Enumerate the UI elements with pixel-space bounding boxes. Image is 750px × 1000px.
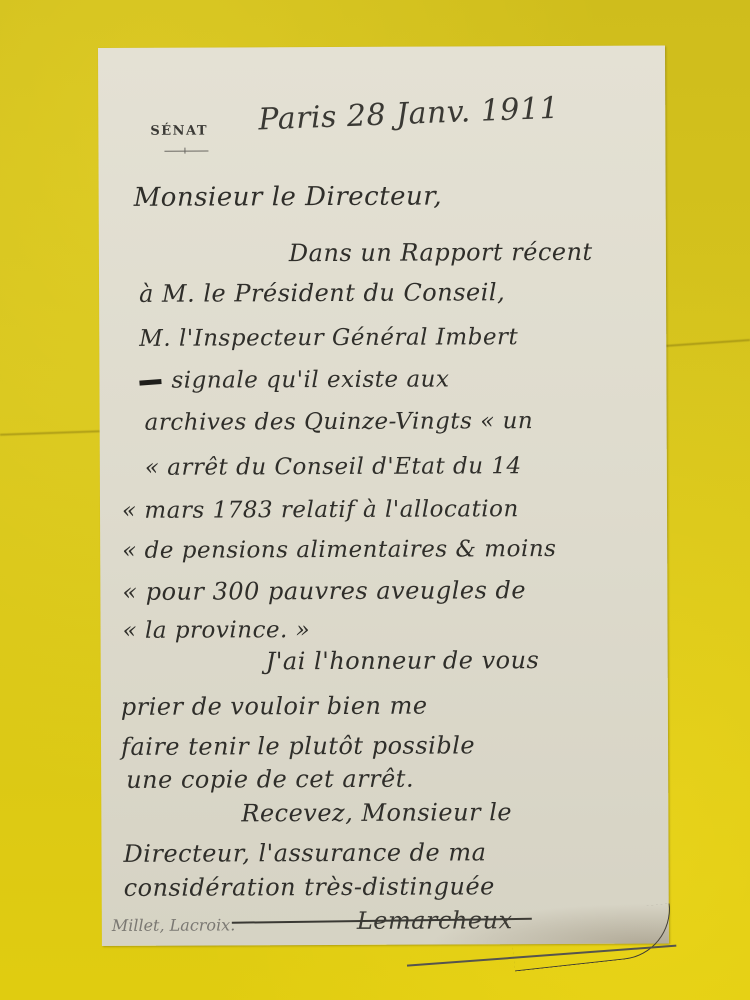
body-line-12: prier de vouloir bien me	[121, 692, 428, 721]
backing-crease-right	[665, 339, 750, 347]
body-line-4-text: signale qu'il existe aux	[171, 366, 449, 393]
closing-line-3: considération très-distinguée	[124, 872, 495, 902]
letter-sheet: SÉNAT Paris 28 Janv. 1911 Monsieur le Di…	[98, 46, 669, 946]
signature-flourish-loop	[510, 903, 676, 971]
body-line-10: « la province. »	[122, 617, 310, 644]
closing-line-2: Directeur, l'assurance de ma	[123, 838, 486, 868]
struck-out-word	[139, 378, 161, 385]
body-line-3: M. l'Inspecteur Général Imbert	[139, 324, 518, 352]
backing-crease-left	[0, 430, 100, 435]
body-line-2: à M. le Président du Conseil,	[139, 278, 505, 308]
body-line-6: « arrêt du Conseil d'Etat du 14	[145, 453, 522, 481]
body-line-7: « mars 1783 relatif à l'allocation	[122, 496, 519, 524]
body-line-4: signale qu'il existe aux	[139, 366, 449, 393]
salutation: Monsieur le Directeur,	[134, 182, 443, 213]
signature: Lemarcheux	[357, 906, 513, 935]
closing-line-1: Recevez, Monsieur le	[241, 798, 512, 827]
body-line-1: Dans un Rapport récent	[289, 238, 593, 267]
pencil-annotation: Millet, Lacroix.	[112, 915, 236, 935]
body-line-11: J'ai l'honneur de vous	[266, 646, 540, 675]
letterhead-senat: SÉNAT	[150, 124, 208, 139]
letterhead-ornament-rule	[164, 151, 208, 152]
body-line-14: une copie de cet arrêt.	[126, 765, 414, 794]
body-line-8: « de pensions alimentaires & moins	[122, 536, 556, 564]
body-line-13: faire tenir le plutôt possible	[121, 731, 475, 761]
body-line-5: archives des Quinze-Vingts « un	[145, 408, 534, 436]
letter-date: Paris 28 Janv. 1911	[258, 91, 560, 138]
body-line-9: « pour 300 pauvres aveugles de	[122, 576, 526, 606]
